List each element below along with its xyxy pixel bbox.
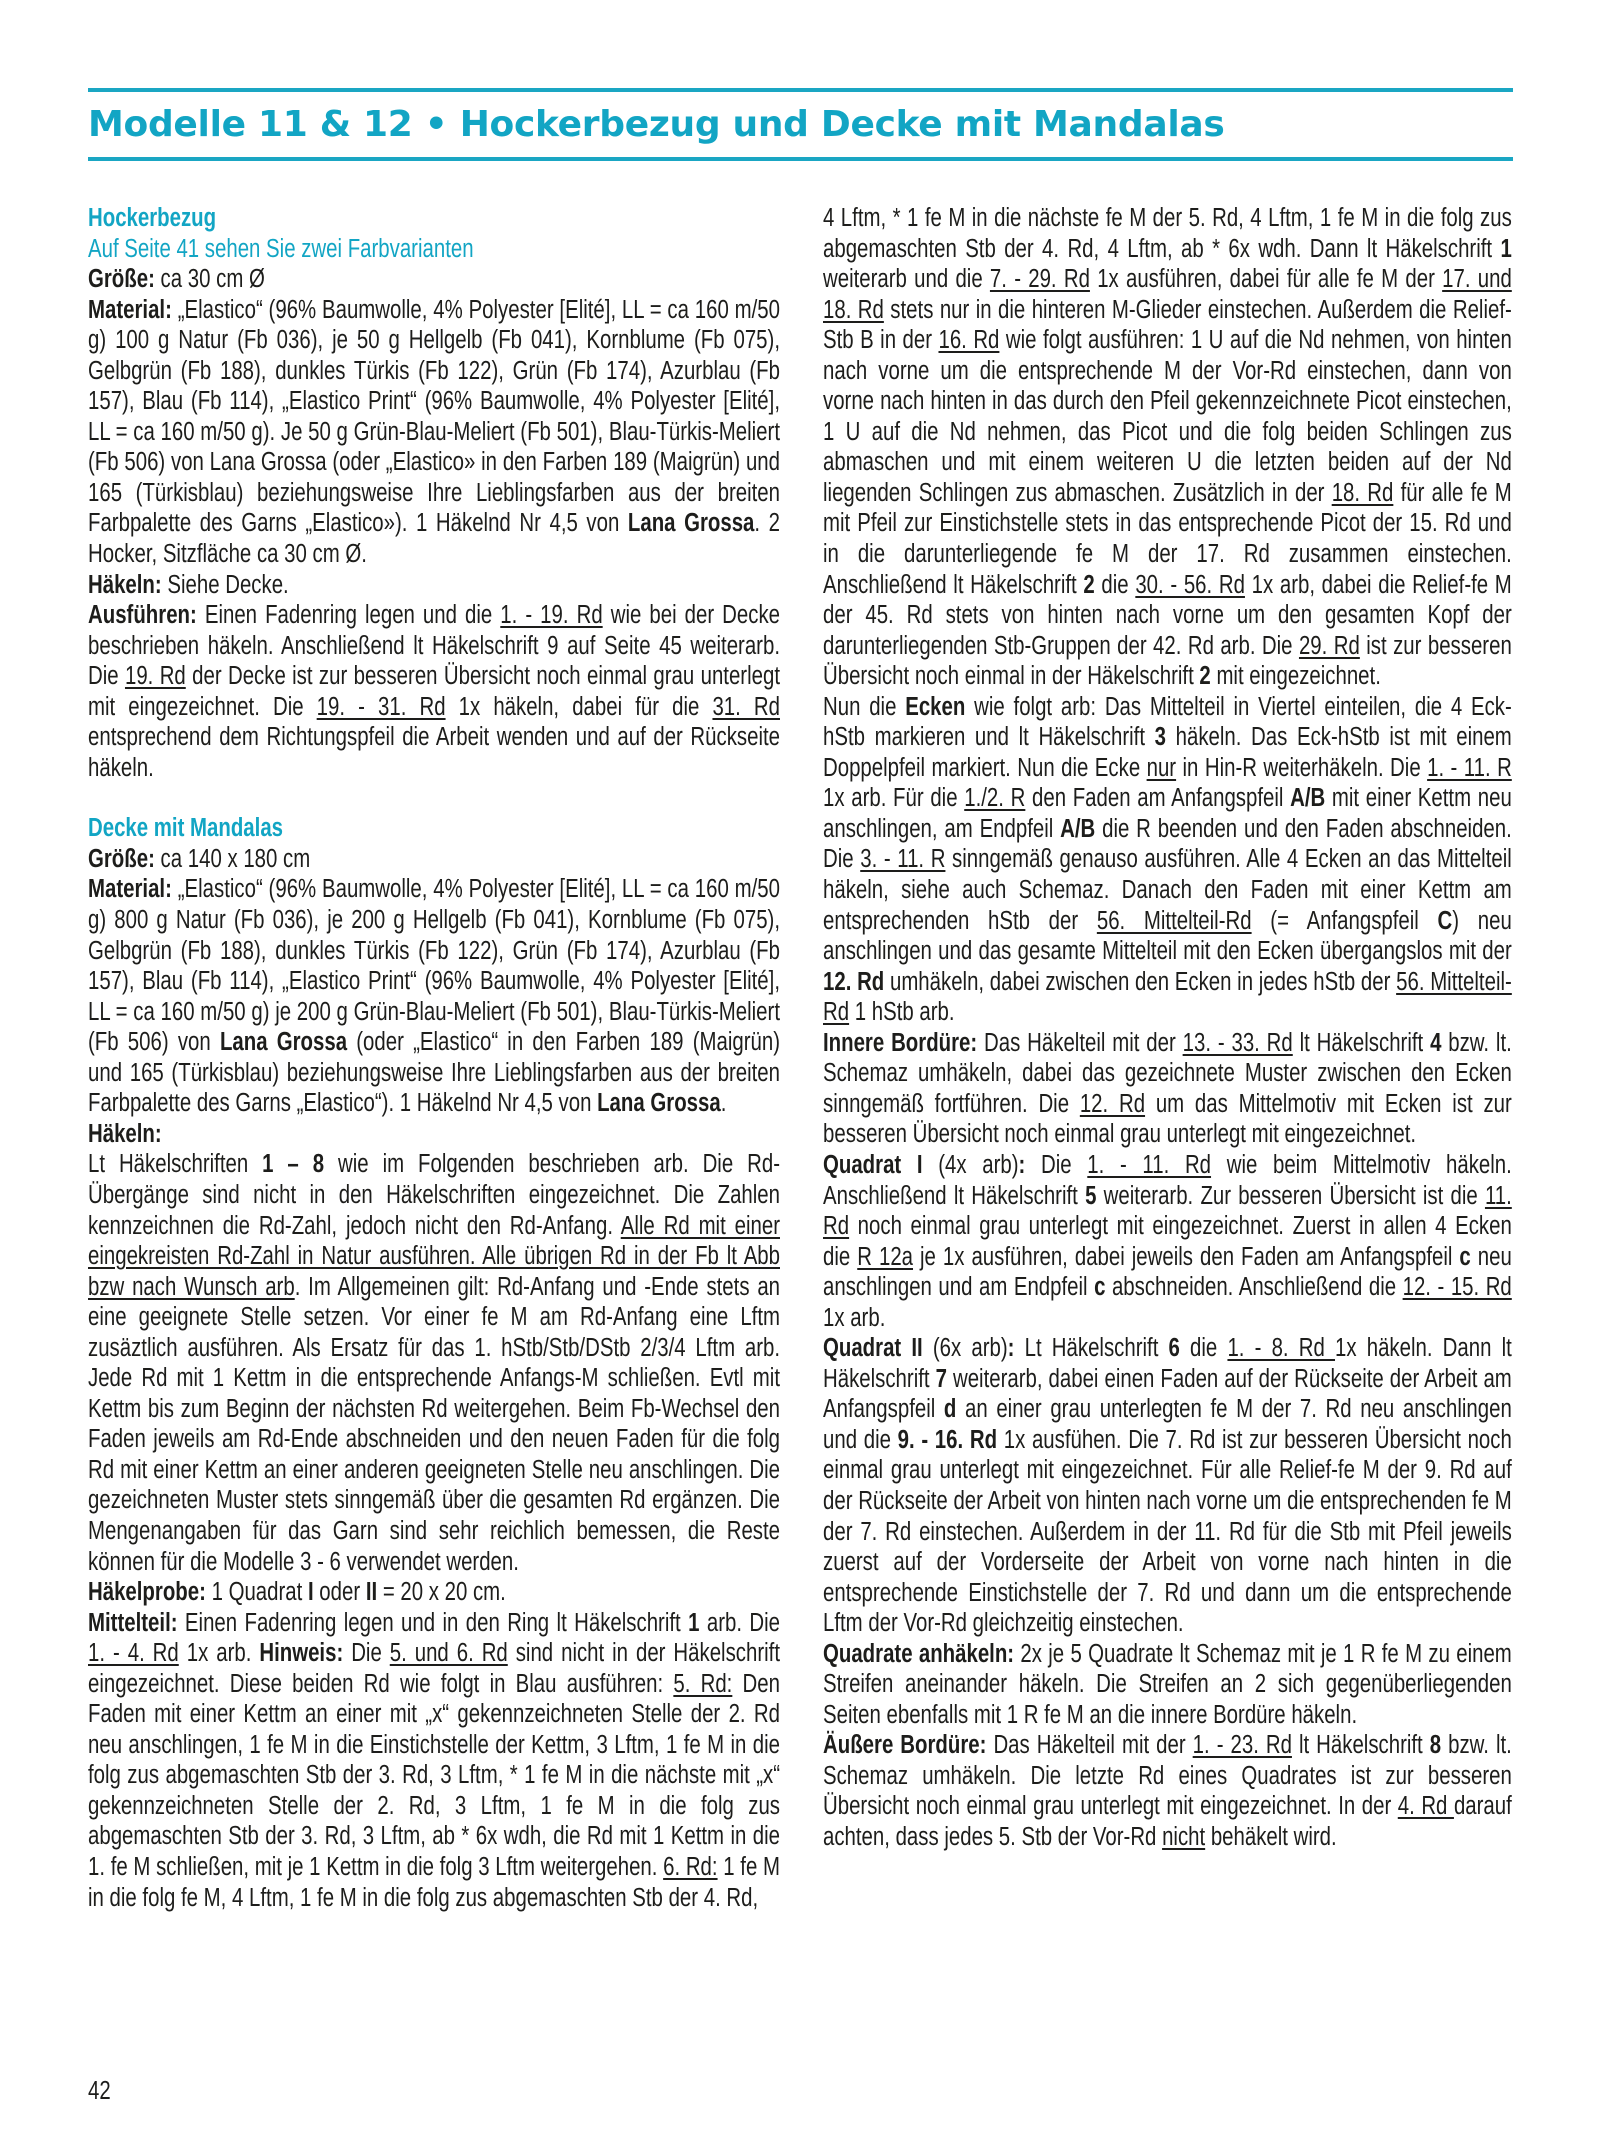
bold-text: II <box>366 1578 377 1606</box>
bold-text: Lana Grossa <box>597 1089 721 1117</box>
bold-text: Quadrate anhäkeln: <box>823 1640 1014 1668</box>
text-run: 4 Lftm, * 1 fe M in die nächste fe M der… <box>823 204 1512 263</box>
bold-text: Größe: <box>88 845 155 873</box>
underlined-text: 19. Rd <box>125 662 186 690</box>
page-number: 42 <box>88 2077 111 2106</box>
underlined-text: 5. Rd: <box>673 1670 732 1698</box>
text-run: (= Anfangspfeil <box>1252 907 1438 935</box>
underlined-text: 1. - 19. Rd <box>500 601 602 629</box>
text-run: abschneiden. Anschließend die <box>1105 1273 1402 1301</box>
bold-text: 1 <box>1500 235 1511 263</box>
bold-text: 12. Rd <box>823 968 884 996</box>
underlined-text: 1. - 4. Rd <box>88 1639 179 1667</box>
text-run: Nun die <box>823 693 905 721</box>
paragraph: Größe: ca 140 x 180 cm <box>88 844 780 875</box>
underlined-text: 3. - 11. R <box>860 845 945 873</box>
underlined-text: 29. Rd <box>1299 632 1360 660</box>
text-run: Siehe Decke. <box>162 571 289 599</box>
page-title: Modelle 11 & 12 • Hockerbezug und Decke … <box>88 103 1225 147</box>
text-run: Das Häkelteil mit der <box>986 1731 1192 1759</box>
text-run: (6x arb) <box>923 1334 1008 1362</box>
paragraph: Mittelteil: Einen Fadenring legen und in… <box>88 1608 780 1913</box>
text-column-left: HockerbezugAuf Seite 41 sehen Sie zwei F… <box>88 203 780 1913</box>
title-rule-bottom <box>88 157 1513 161</box>
bold-text: Äußere Bordüre: <box>823 1731 986 1759</box>
bold-text: 4 <box>1430 1029 1441 1057</box>
underlined-text: 4. Rd <box>1398 1792 1454 1820</box>
text-run: die <box>1095 571 1136 599</box>
text-run: entsprechend dem Richtungspfeil die Arbe… <box>88 723 780 782</box>
underlined-text: 19. - 31. Rd <box>317 693 446 721</box>
text-run: Die <box>1025 1151 1087 1179</box>
bold-text: 7 <box>936 1365 947 1393</box>
paragraph: Material: „Elastico“ (96% Baumwolle, 4% … <box>88 874 780 1118</box>
text-run: Decke mit Mandalas <box>88 814 283 842</box>
text-run: behäkelt wird. <box>1205 1823 1337 1851</box>
text-run: Lt Häkelschrift <box>1014 1334 1168 1362</box>
bold-text: c <box>1094 1273 1105 1301</box>
text-run: 1x ausführen, dabei für alle fe M der <box>1090 265 1442 293</box>
paragraph: Quadrat II (6x arb): Lt Häkelschrift 6 d… <box>823 1333 1512 1638</box>
text-run: den Faden am Anfangs­pfeil <box>1025 784 1290 812</box>
text-run: die <box>1180 1334 1228 1362</box>
text-run: in Hin-R weiter­häkeln. Die <box>1176 754 1427 782</box>
text-run: 1 hStb arb. <box>849 998 954 1026</box>
underlined-text: 30. - 56. Rd <box>1135 571 1245 599</box>
bold-text: 5 <box>1085 1182 1096 1210</box>
text-run: weiterarb. Zur besseren Übersicht ist di… <box>1096 1182 1485 1210</box>
paragraph: Häkeln: <box>88 1119 780 1150</box>
underlined-text: 13. - 33. Rd <box>1183 1029 1293 1057</box>
underlined-text: 1. - 8. Rd <box>1227 1334 1335 1362</box>
text-run: (4x arb) <box>923 1151 1019 1179</box>
bold-text: Lana Grossa <box>628 509 755 537</box>
paragraph: Innere Bordüre: Das Häkelteil mit der 13… <box>823 1028 1512 1150</box>
section-subheading: Auf Seite 41 sehen Sie zwei Farbvariante… <box>88 234 780 265</box>
bold-text: Material: <box>88 296 172 324</box>
bold-text: A/B <box>1060 815 1095 843</box>
bold-text: Ausführen: <box>88 601 197 629</box>
bold-text: A/B <box>1290 784 1325 812</box>
paragraph: Größe: ca 30 cm Ø <box>88 264 780 295</box>
underlined-text: R 12a <box>857 1243 913 1271</box>
text-run: je 1x ausführen, dabei jeweils den Faden… <box>913 1243 1459 1271</box>
bold-text: Größe: <box>88 265 155 293</box>
text-run: weiterarb und die <box>823 265 990 293</box>
bold-text: 2 <box>1199 662 1210 690</box>
text-run: umhäkeln, dabei zwischen den Ecken in je… <box>884 968 1396 996</box>
underlined-text: 1./2. R <box>964 784 1025 812</box>
text-run: ca 30 cm Ø <box>155 265 265 293</box>
text-run: Einen Fadenring legen und in den Ring lt… <box>178 1609 689 1637</box>
text-run: . Im Allgemeinen gilt: Rd-Anfang und -En… <box>88 1273 780 1576</box>
text-run: Die <box>343 1639 390 1667</box>
text-run: Den Faden mit einer Kettm an einer mit „… <box>88 1670 780 1881</box>
section-heading: Hockerbezug <box>88 203 780 234</box>
bold-text: Ecken <box>905 693 965 721</box>
bold-text: 2 <box>1083 571 1094 599</box>
text-run: arb. Die <box>699 1609 780 1637</box>
bold-text: C <box>1438 907 1453 935</box>
bold-text: : <box>1019 1151 1026 1179</box>
paragraph: Lt Häkelschriften 1 – 8 wie im Folgenden… <box>88 1149 780 1577</box>
text-run: 1x arb. Für die <box>823 784 964 812</box>
underlined-text: 1. - 23. Rd <box>1193 1731 1292 1759</box>
text-run: Lt Häkelschriften <box>88 1150 262 1178</box>
bold-text: 6 <box>1169 1334 1180 1362</box>
paragraph: Ausführen: Einen Fadenring legen und die… <box>88 600 780 783</box>
text-run: 1x ausfühen. Die 7. Rd ist zur besseren … <box>823 1426 1512 1637</box>
text-run: ca 140 x 180 cm <box>155 845 310 873</box>
bold-text: Material: <box>88 875 172 903</box>
underlined-text: 12. - 15. Rd <box>1403 1273 1512 1301</box>
underlined-text: 7. - 29. Rd <box>990 265 1090 293</box>
underlined-text: nur <box>1147 754 1176 782</box>
bold-text: 8 <box>1430 1731 1441 1759</box>
paragraph: Quadrat I (4x arb): Die 1. - 11. Rd wie … <box>823 1150 1512 1333</box>
underlined-text: 1. - 11. R <box>1427 754 1512 782</box>
text-run: . <box>721 1089 727 1117</box>
text-run: 1x arb. <box>823 1304 885 1332</box>
section-heading: Decke mit Mandalas <box>88 813 780 844</box>
paragraph: Material: „Elastico“ (96% Baumwolle, 4% … <box>88 295 780 570</box>
underlined-text: 16. Rd <box>938 326 999 354</box>
paragraph: Häkelprobe: 1 Quadrat I oder II = 20 x 2… <box>88 1577 780 1608</box>
bold-text: Häkeln: <box>88 1120 162 1148</box>
text-run: 1 Quadrat <box>206 1578 308 1606</box>
bold-text: c <box>1459 1243 1470 1271</box>
underlined-text: nicht <box>1162 1823 1205 1851</box>
bold-text: 3 <box>1155 723 1166 751</box>
underlined-text: 18. Rd <box>1332 479 1394 507</box>
underlined-text: 1. - 11. Rd <box>1087 1151 1211 1179</box>
paragraph: Häkeln: Siehe Decke. <box>88 570 780 601</box>
paragraph: Quadrate anhäkeln: 2x je 5 Quadrate lt S… <box>823 1639 1512 1731</box>
text-run: lt Häkelschrift <box>1292 1731 1430 1759</box>
bold-text: Lana Grossa <box>220 1028 347 1056</box>
underlined-text: 6. Rd: <box>663 1853 717 1881</box>
bold-text: Häkelprobe: <box>88 1578 206 1606</box>
text-run: lt Häkelschrift <box>1293 1029 1430 1057</box>
text-run: 1x arb. <box>179 1639 260 1667</box>
paragraph: 4 Lftm, * 1 fe M in die nächste fe M der… <box>823 203 1512 692</box>
text-run: Hockerbezug <box>88 204 216 232</box>
underlined-text: 56. Mittelteil-Rd <box>1097 907 1252 935</box>
text-run: = 20 x 20 cm. <box>377 1578 506 1606</box>
bold-text: Mittelteil: <box>88 1609 178 1637</box>
text-run: „Elastico“ (96% Baumwolle, 4% Polyester … <box>88 296 780 538</box>
bold-text: Innere Bordüre: <box>823 1029 977 1057</box>
bold-text: 1 – 8 <box>262 1150 324 1178</box>
bold-text: Quadrat I <box>823 1151 923 1179</box>
paragraph: Nun die Ecken wie folgt arb: Das Mittelt… <box>823 692 1512 1028</box>
bold-text: Häkeln: <box>88 571 162 599</box>
text-run: 1x häkeln, dabei für die <box>446 693 713 721</box>
text-run: Das Häkelteil mit der <box>977 1029 1182 1057</box>
bold-text: 1 <box>688 1609 699 1637</box>
bold-text: Quadrat II <box>823 1334 923 1362</box>
text-run: mit eingezeichnet. <box>1211 662 1381 690</box>
text-column-right: 4 Lftm, * 1 fe M in die nächste fe M der… <box>823 203 1512 1853</box>
underlined-text: 31. Rd <box>712 693 780 721</box>
paragraph: Äußere Bordüre: Das Häkelteil mit der 1.… <box>823 1730 1512 1852</box>
bold-text: d <box>944 1395 956 1423</box>
title-rule-top <box>88 88 1513 92</box>
text-run: Einen Fadenring legen und die <box>197 601 500 629</box>
underlined-text: 5. und 6. Rd <box>390 1639 508 1667</box>
text-run: Auf Seite 41 sehen Sie zwei Farbvariante… <box>88 235 474 263</box>
bold-text: 9. - 16. Rd <box>898 1426 997 1454</box>
bold-text: Hinweis: <box>259 1639 343 1667</box>
underlined-text: 12. Rd <box>1080 1090 1145 1118</box>
text-run: oder <box>314 1578 366 1606</box>
